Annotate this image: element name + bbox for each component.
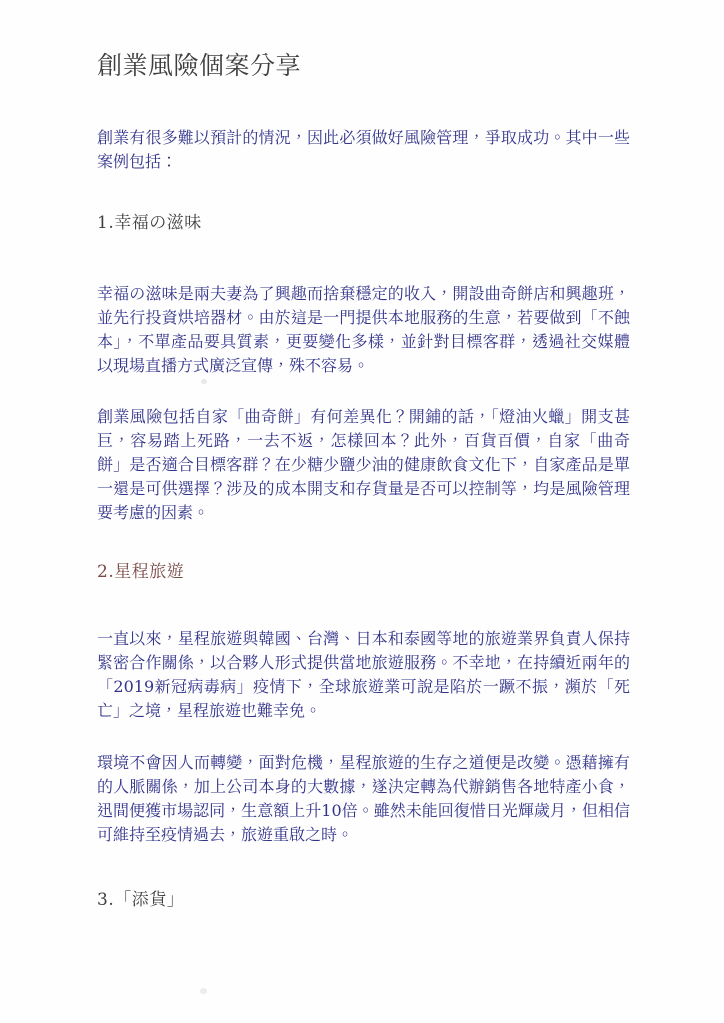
scan-artifact [200, 988, 207, 994]
document-title: 創業風險個案分享 [97, 50, 630, 82]
section-2-paragraph-1: 一直以來，星程旅遊與韓國、台灣、日本和泰國等地的旅遊業界負責人保持緊密合作關係，… [97, 627, 630, 723]
scan-artifact [201, 379, 207, 384]
section-1-paragraph-1: 幸福の滋味是兩夫妻為了興趣而捨棄穩定的收入，開設曲奇餅店和興趣班，並先行投資烘培… [97, 282, 630, 378]
section-3-heading: 3.「添貨」 [97, 887, 630, 913]
document-page: 創業風險個案分享 創業有很多難以預計的情況，因此必須做好風險管理，爭取成功。其中… [0, 0, 724, 1023]
document-content: 創業風險個案分享 創業有很多難以預計的情況，因此必須做好風險管理，爭取成功。其中… [97, 0, 630, 913]
section-1-heading: 1.幸福の滋味 [97, 210, 630, 236]
section-1-paragraph-2: 創業風險包括自家「曲奇餅」有何差異化？開鋪的話，「燈油火蠟」開支甚巨，容易踏上死… [97, 405, 630, 525]
section-2-heading: 2.星程旅遊 [97, 559, 630, 585]
section-2-paragraph-2: 環境不會因人而轉變，面對危機，星程旅遊的生存之道便是改變。憑藉擁有的人脈關係，加… [97, 751, 630, 847]
intro-paragraph: 創業有很多難以預計的情況，因此必須做好風險管理，爭取成功。其中一些案例包括： [97, 126, 630, 174]
